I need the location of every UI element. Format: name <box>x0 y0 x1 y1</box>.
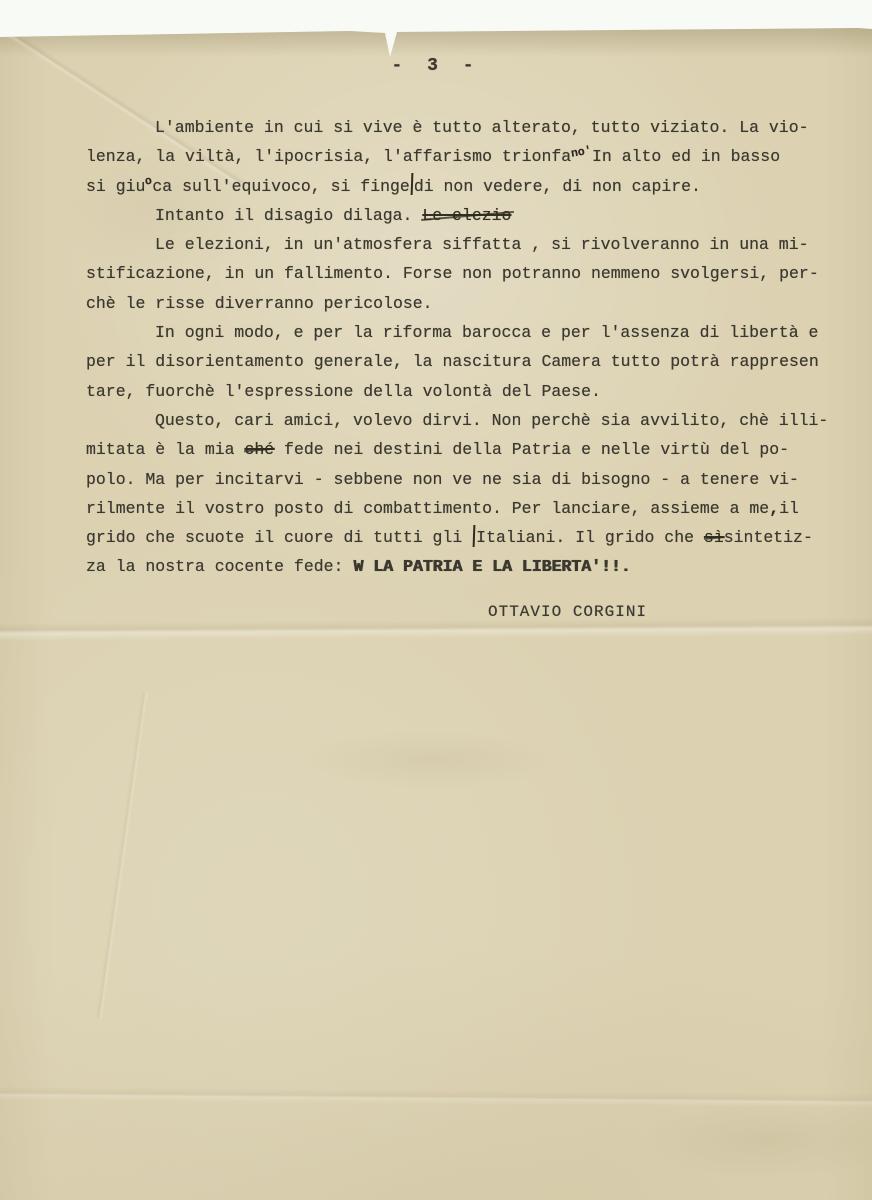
struck-out-text: sì <box>704 528 724 547</box>
struck-out-text: ché <box>244 440 274 459</box>
text-line: In ogni modo, e per la riforma barocca e… <box>86 318 828 347</box>
paper-torn-top-edge <box>0 27 872 57</box>
typed-text: Intanto il disagio dilaga. <box>155 206 422 225</box>
typed-text: mitata è la mia <box>86 440 244 459</box>
typed-text: di non vedere, di non capire. <box>414 177 701 196</box>
typed-text: In ogni modo, e per la riforma barocca e… <box>155 323 818 342</box>
typewritten-text: L'ambiente in cui si vive è tutto altera… <box>86 113 828 582</box>
text-line: Questo, cari amici, volevo dirvi. Non pe… <box>86 406 828 435</box>
typed-text: polo. Ma per incitarvi - sebbene non ve … <box>86 470 799 489</box>
text-line: si giuoca sull'equivoco, si fingedi non … <box>86 172 828 201</box>
typed-text: Le elezioni, in un'atmosfera siffatta , … <box>155 235 809 254</box>
text-line: mitata è la mia ché fede nei destini del… <box>86 435 828 464</box>
typed-text: si giu <box>86 177 145 196</box>
scanned-document-page: { "colors": { "paper": "#dcd2b2", "scann… <box>0 0 872 1200</box>
typed-text: ca sull'equivoco, si finge <box>152 177 409 196</box>
typed-text: chè le risse diverranno pericolose. <box>86 294 433 313</box>
text-line: tare, fuorchè l'espressione della volont… <box>86 377 828 406</box>
typed-text: rilmente il vostro posto di combattiment… <box>86 499 769 518</box>
text-line: polo. Ma per incitarvi - sebbene non ve … <box>86 465 828 494</box>
handwritten-insertion-mark <box>410 173 413 195</box>
paper-smudge <box>300 730 560 790</box>
typed-text: tare, fuorchè l'espressione della volont… <box>86 382 601 401</box>
text-line: per il disorientamento generale, la nasc… <box>86 347 828 376</box>
fold-crease-lower <box>0 1086 872 1108</box>
typed-text: fede nei destini della Patria e nelle vi… <box>274 440 789 459</box>
text-line: Intanto il disagio dilaga. Le elezio <box>86 201 828 230</box>
struck-out-text: Le elezio <box>422 206 511 225</box>
paper-sheet: - 3 - L'ambiente in cui si vive è tutto … <box>0 0 872 1200</box>
handwritten-mark: , <box>769 499 779 518</box>
text-line: rilmente il vostro posto di combattiment… <box>86 494 828 523</box>
text-line: L'ambiente in cui si vive è tutto altera… <box>86 113 828 142</box>
typed-text: il <box>779 499 799 518</box>
text-line: grido che scuote il cuore di tutti gli I… <box>86 523 828 552</box>
text-line: Le elezioni, in un'atmosfera siffatta , … <box>86 230 828 259</box>
typed-text: lenza, la viltà, l'ipocrisia, l'affarism… <box>86 147 571 166</box>
paper-smudge <box>640 1100 872 1180</box>
typed-text: Questo, cari amici, volevo dirvi. Non pe… <box>155 411 828 430</box>
typed-text: Italiani. Il grido che <box>476 528 704 547</box>
typed-text: stificazione, in un fallimento. Forse no… <box>86 264 819 283</box>
text-line: za la nostra cocente fede: W LA PATRIA E… <box>86 552 828 581</box>
page-number: - 3 - <box>0 56 872 76</box>
fold-crease-middle <box>0 617 872 640</box>
text-line: stificazione, in un fallimento. Forse no… <box>86 259 828 288</box>
typed-text: In alto ed in basso <box>592 147 780 166</box>
emphasized-text: W LA PATRIA E LA LIBERTA'!!. <box>353 557 630 576</box>
author-signature: OTTAVIO CORGINI <box>488 603 647 621</box>
typed-text: per il disorientamento generale, la nasc… <box>86 352 819 371</box>
fold-crease-left <box>95 691 149 1019</box>
typed-text: za la nostra cocente fede: <box>86 557 353 576</box>
text-line: lenza, la viltà, l'ipocrisia, l'affarism… <box>86 142 828 171</box>
text-line: chè le risse diverranno pericolose. <box>86 289 828 318</box>
typed-text: L'ambiente in cui si vive è tutto altera… <box>155 118 809 137</box>
typed-text: grido che scuote il cuore di tutti gli <box>86 528 472 547</box>
typed-text: sintetiz- <box>724 528 813 547</box>
